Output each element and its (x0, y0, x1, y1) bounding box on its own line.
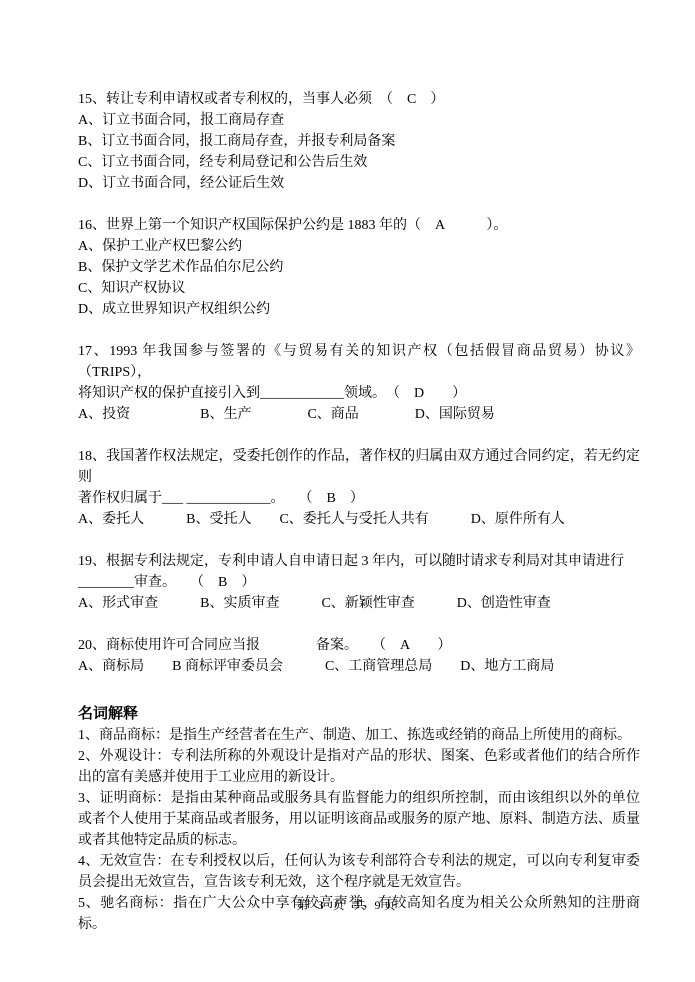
options-row: A、商标局 B 商标评审委员会 C、工商管理总局 D、地方工商局 (78, 656, 640, 677)
question-19: 19、根据专利法规定，专利申请人自申请日起 3 年内，可以随时请求专利局对其申请… (78, 551, 640, 614)
question-16: 16、世界上第一个知识产权国际保护公约是 1883 年的（ A ）。 A、保护工… (78, 215, 640, 320)
option-c: C、订立书面合同，经专利局登记和公告后生效 (78, 152, 640, 173)
option-b: B、保护文学艺术作品伯尔尼公约 (78, 257, 640, 278)
option-d: D、成立世界知识产权组织公约 (78, 299, 640, 320)
page-footer: 第 3 页 共 9页 (0, 896, 695, 913)
question-stem-line-1: 19、根据专利法规定，专利申请人自申请日起 3 年内，可以随时请求专利局对其申请… (78, 551, 640, 572)
option-a: A、保护工业产权巴黎公约 (78, 236, 640, 257)
question-stem-line-1: 18、我国著作权法规定，受委托创作的作品，著作权的归属由双方通过合同约定，若无约… (78, 446, 640, 488)
section-title-definitions: 名词解释 (78, 704, 640, 725)
definition-item-1: 1、商品商标：是指生产经营者在生产、制造、加工、拣选或经销的商品上所使用的商标。 (78, 725, 640, 746)
question-stem: 20、商标使用许可合同应当报 备案。 （ A ） (78, 635, 640, 656)
document-page: 15、转让专利申请权或者专利权的，当事人必须 （ C ） A、订立书面合同，报工… (0, 0, 695, 982)
question-stem-line-2: 将知识产权的保护直接引入到____________领域。 （ D ） (78, 383, 640, 404)
definition-item-3: 3、证明商标：是指由某种商品或服务具有监督能力的组织所控制，而由该组织以外的单位… (78, 788, 640, 851)
question-stem: 15、转让专利申请权或者专利权的，当事人必须 （ C ） (78, 89, 640, 110)
question-20: 20、商标使用许可合同应当报 备案。 （ A ） A、商标局 B 商标评审委员会… (78, 635, 640, 677)
option-b: B、订立书面合同，报工商局存查，并报专利局备案 (78, 131, 640, 152)
options-row: A、委托人 B、受托人 C、委托人与受托人共有 D、原件所有人 (78, 509, 640, 530)
option-d: D、订立书面合同，经公证后生效 (78, 173, 640, 194)
question-stem: 16、世界上第一个知识产权国际保护公约是 1883 年的（ A ）。 (78, 215, 640, 236)
options-row: A、形式审查 B、实质审查 C、新颖性审查 D、创造性审查 (78, 593, 640, 614)
question-15: 15、转让专利申请权或者专利权的，当事人必须 （ C ） A、订立书面合同，报工… (78, 89, 640, 194)
definition-item-4: 4、无效宣告：在专利授权以后，任何认为该专利部符合专利法的规定，可以向专利复审委… (78, 851, 640, 893)
question-stem-line-1: 17、1993 年我国参与签署的《与贸易有关的知识产权（包括假冒商品贸易）协议》… (78, 341, 640, 383)
question-18: 18、我国著作权法规定，受委托创作的作品，著作权的归属由双方通过合同约定，若无约… (78, 446, 640, 530)
option-c: C、知识产权协议 (78, 278, 640, 299)
question-stem-line-2: 著作权归属于___ ____________。 （ B ） (78, 488, 640, 509)
question-stem-line-2: ________审查。 （ B ） (78, 572, 640, 593)
definition-item-2: 2、外观设计：专利法所称的外观设计是指对产品的形状、图案、色彩或者他们的结合所作… (78, 746, 640, 788)
question-17: 17、1993 年我国参与签署的《与贸易有关的知识产权（包括假冒商品贸易）协议》… (78, 341, 640, 425)
document-content: 15、转让专利申请权或者专利权的，当事人必须 （ C ） A、订立书面合同，报工… (78, 89, 640, 935)
option-a: A、订立书面合同，报工商局存查 (78, 110, 640, 131)
options-row: A、投资 B、生产 C、商品 D、国际贸易 (78, 404, 640, 425)
